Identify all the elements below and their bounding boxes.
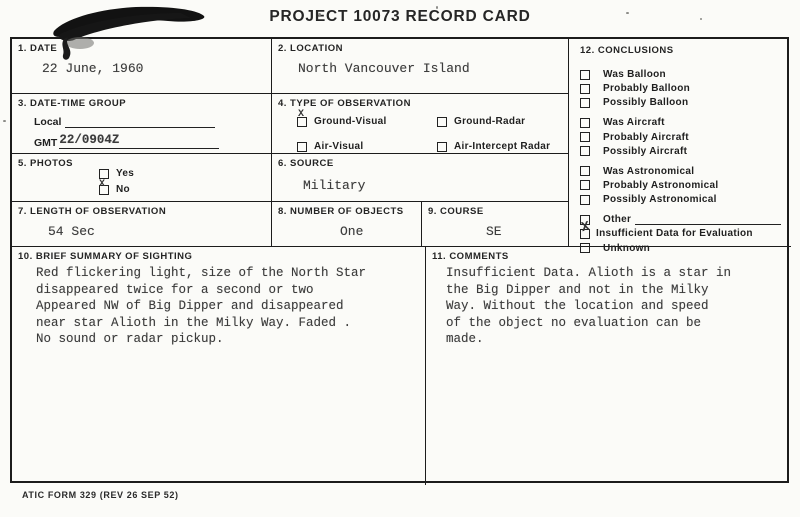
field-summary-text: Red flickering light, size of the North … [36,265,419,348]
conclusion-label: Probably Balloon [603,83,690,94]
field-comments-label: 11. COMMENTS [432,251,783,262]
dtg-gmt-line: 22/0904Z [59,136,219,149]
field-conclusions: 12. CONCLUSIONS X Was Balloon X Probably… [569,39,791,247]
conclusion-item: X Probably Astronomical [577,180,783,191]
conclusion-label: Was Astronomical [603,166,694,177]
checkbox-ground-radar: X [437,117,447,127]
option-label-air-visual: Air-Visual [314,141,364,152]
redaction-scribble-mark [38,1,233,63]
field-dtg-label: 3. DATE-TIME GROUP [18,98,265,109]
conclusion-item: X Was Astronomical [577,166,783,177]
field-location-label: 2. LOCATION [278,43,562,54]
field-conclusions-label: 12. CONCLUSIONS [580,45,783,56]
conclusion-label: Probably Astronomical [603,180,718,191]
dtg-gmt-value: 22/0904Z [59,133,119,147]
field-photos: 5. PHOTOS X Yes X No [12,154,272,202]
conclusion-label: Possibly Balloon [603,97,688,108]
field-source-value: Military [303,178,562,193]
field-length-of-observation: 7. LENGTH OF OBSERVATION 54 Sec [12,202,272,247]
conclusion-label: Was Aircraft [603,117,665,128]
dtg-local-blank-line [65,115,215,128]
conclusion-item: X Probably Aircraft [577,132,783,143]
field-type-of-observation: 4. TYPE OF OBSERVATION X Ground-Visual X… [272,94,569,154]
field-comments: 11. COMMENTS Insufficient Data. Alioth i… [426,247,789,485]
conclusion-item: X Was Balloon [577,69,783,80]
field-number-value: One [340,224,415,239]
conclusion-label: Insufficient Data for Evaluation [596,228,753,239]
field-summary-label: 10. BRIEF SUMMARY OF SIGHTING [18,251,419,262]
field-date-value: 22 June, 1960 [42,61,265,76]
checkbox-possibly-astronomical: X [580,195,590,205]
checkbox-photos-no: X [99,185,109,195]
conclusion-label: Other [603,214,631,225]
conclusion-label: Possibly Aircraft [603,146,687,157]
scan-speck [3,120,6,122]
checkbox-air-intercept-radar: X [437,142,447,152]
field-number-label: 8. NUMBER OF OBJECTS [278,206,415,217]
field-date-time-group: 3. DATE-TIME GROUP Local GMT 22/0904Z [12,94,272,154]
option-label-ground-visual: Ground-Visual [314,116,387,127]
conclusion-item: X Probably Balloon [577,83,783,94]
conclusion-item: X Was Aircraft [577,117,783,128]
field-length-value: 54 Sec [48,224,265,239]
checkbox-ground-visual: X [297,117,307,127]
checkbox-possibly-aircraft: X [580,146,590,156]
checkbox-photos-yes: X [99,169,109,179]
dtg-local-label: Local [34,116,61,128]
field-location-value: North Vancouver Island [298,61,562,76]
conclusion-label: Probably Aircraft [603,132,689,143]
field-course-label: 9. COURSE [428,206,562,217]
conclusion-item: X Other [577,214,783,225]
form-number: ATIC FORM 329 (REV 26 SEP 52) [22,490,179,500]
field-comments-text: Insufficient Data. Alioth is a star in t… [446,265,783,348]
field-source-label: 6. SOURCE [278,158,562,169]
record-card: 1. DATE 22 June, 1960 2. LOCATION North … [10,37,789,483]
x-mark: X [298,110,304,120]
field-source: 6. SOURCE Military [272,154,569,202]
conclusion-item: X Possibly Aircraft [577,146,783,157]
scan-speck [318,13,321,16]
option-label-air-intercept-radar: Air-Intercept Radar [454,141,550,152]
checkbox-air-visual: X [297,142,307,152]
field-photos-label: 5. PHOTOS [18,158,265,169]
dtg-gmt-label: GMT [34,137,57,149]
option-label-photos-no: No [116,184,130,195]
field-number-of-objects: 8. NUMBER OF OBJECTS One [272,202,422,247]
scan-speck [436,6,438,9]
field-course-value: SE [486,224,562,239]
option-label-ground-radar: Ground-Radar [454,116,525,127]
field-length-label: 7. LENGTH OF OBSERVATION [18,206,265,217]
other-blank-line [635,214,781,225]
conclusion-item: X Possibly Astronomical [577,194,783,205]
x-mark: X [99,180,105,190]
field-course: 9. COURSE SE [422,202,569,247]
scan-speck [626,12,629,14]
conclusion-item: X Possibly Balloon [577,97,783,108]
option-label-photos-yes: Yes [116,168,134,179]
field-brief-summary: 10. BRIEF SUMMARY OF SIGHTING Red flicke… [12,247,426,485]
conclusion-item: X Insufficient Data for Evaluation [577,228,783,239]
field-location: 2. LOCATION North Vancouver Island [272,39,569,94]
checkbox-possibly-balloon: X [580,98,590,108]
conclusion-label: Possibly Astronomical [603,194,717,205]
scan-speck [700,18,702,20]
conclusion-label: Was Balloon [603,69,666,80]
field-type-obs-label: 4. TYPE OF OBSERVATION [278,98,562,109]
